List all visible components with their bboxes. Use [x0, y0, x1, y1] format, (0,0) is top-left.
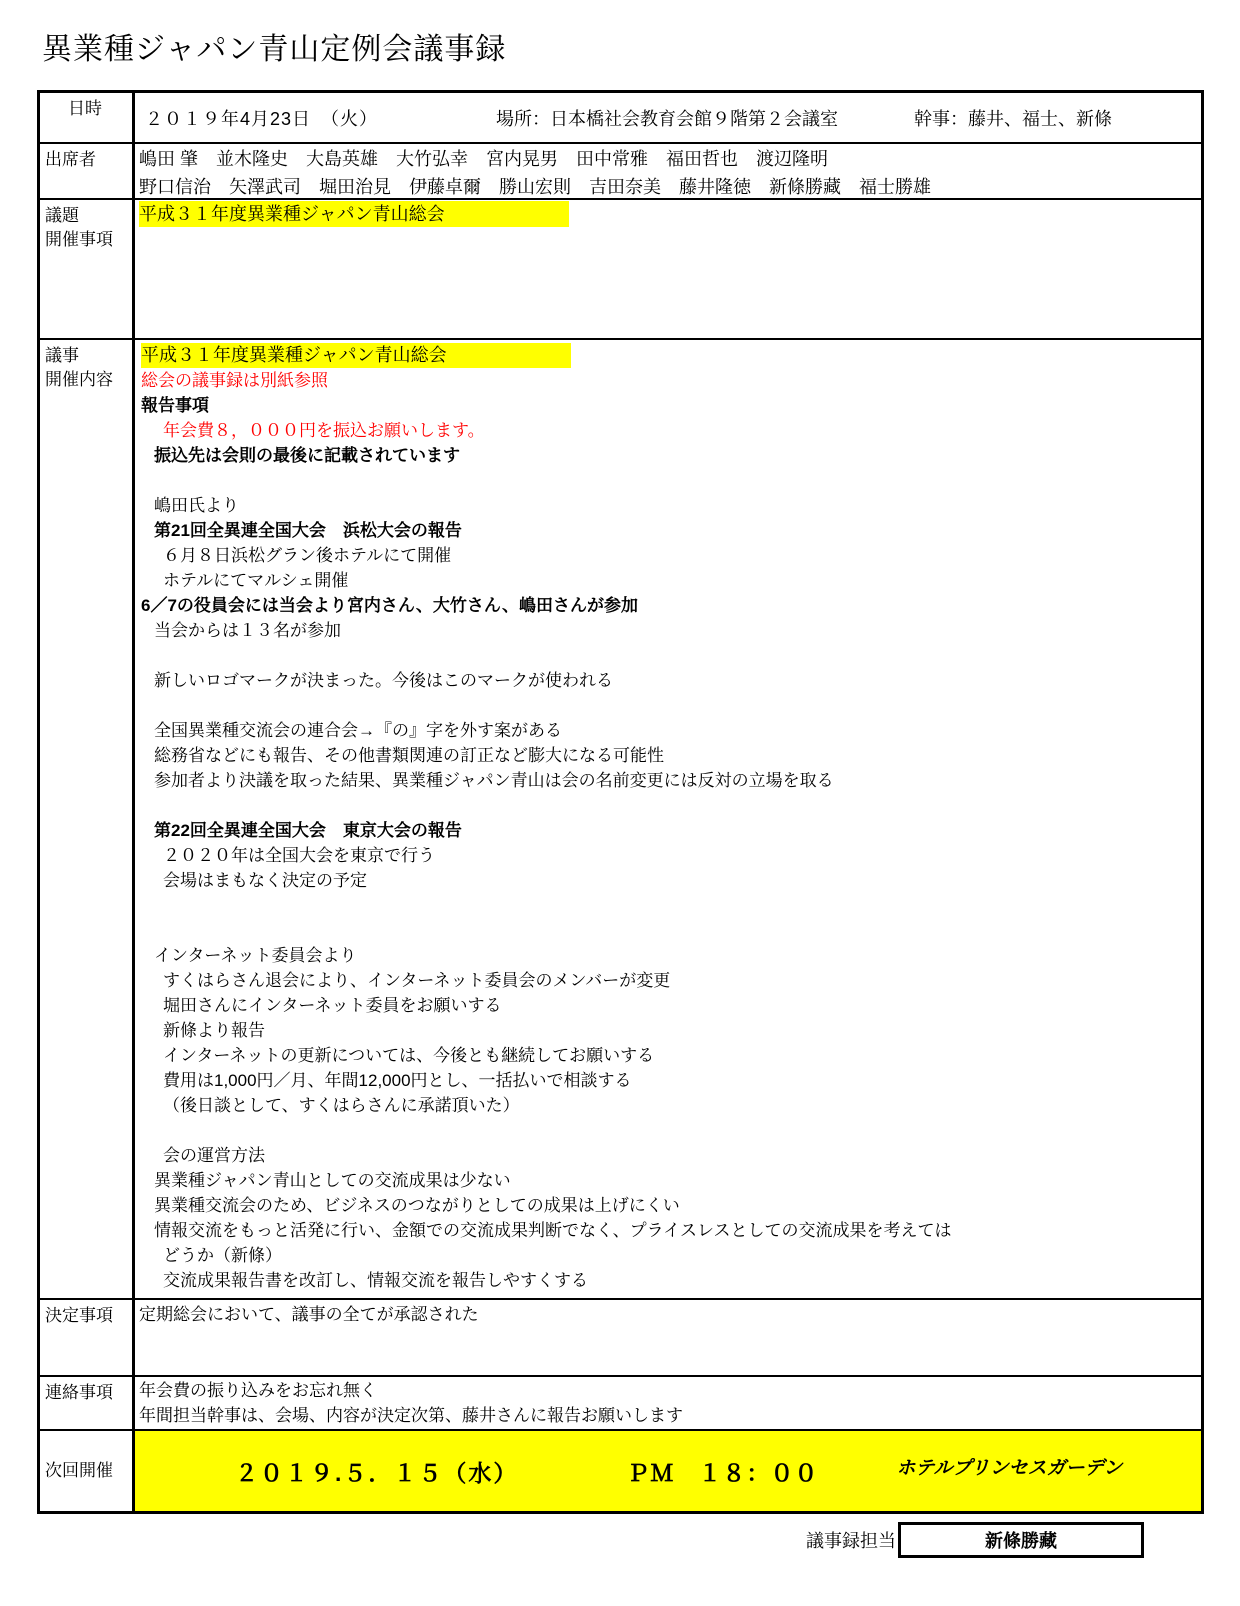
minutes-line: 6／7の役員会には当会より宮内さん、大竹さん、嶋田さんが参加 [139, 593, 1201, 618]
row-next-meeting: 次回開催 ２０１９.５．１５（水） ＰＭ １８：００ ホテルプリンセスガーデン [40, 1429, 1201, 1511]
minutes-line [139, 793, 1201, 818]
minutes-line [139, 643, 1201, 668]
minutes-line [139, 1118, 1201, 1143]
notice-line-2: 年間担当幹事は、会場、内容が決定次第、藤井さんに報告お願いします [139, 1403, 1201, 1428]
recorder-label: 議事録担当 [806, 1527, 896, 1553]
meeting-organizers: 幹事：藤井、福士、新條 [914, 105, 1112, 131]
minutes-label: 議事 開催内容 [40, 340, 135, 1298]
notices-label: 連絡事項 [40, 1377, 135, 1429]
minutes-line: 当会からは１３名が参加 [139, 618, 1201, 643]
minutes-line: 新條より報告 [139, 1018, 1201, 1043]
minutes-line: 振込先は会則の最後に記載されています [139, 443, 1201, 468]
meeting-minutes-document: 異業種ジャパン青山定例会議事録 日時 ２０１９年4月23日 （火） 場所：日本橋… [0, 0, 1240, 1606]
attendees-content: 嶋田 肇 並木隆史 大島英雄 大竹弘幸 宮内晃男 田中常雅 福田哲也 渡辺隆明 … [135, 144, 1201, 198]
decisions-label: 決定事項 [40, 1300, 135, 1375]
minutes-line: 報告事項 [139, 393, 1201, 418]
minutes-line: 総務省などにも報告、その他書類関連の訂正など膨大になる可能性 [139, 743, 1201, 768]
meeting-date: ２０１９年4月23日 （火） [145, 105, 378, 131]
minutes-line: 第21回全異連全国大会 浜松大会の報告 [139, 518, 1201, 543]
minutes-line: 新しいロゴマークが決まった。今後はこのマークが使われる [139, 668, 1201, 693]
next-meeting-venue: ホテルプリンセスガーデン [896, 1453, 1122, 1480]
minutes-line: （後日談として、すくはらさんに承諾頂いた） [139, 1093, 1201, 1118]
minutes-line: 交流成果報告書を改訂し、情報交流を報告しやすくする [139, 1268, 1201, 1293]
minutes-table: 日時 ２０１９年4月23日 （火） 場所：日本橋社会教育会館９階第２会議室 幹事… [37, 90, 1204, 1514]
row-notices: 連絡事項 年会費の振り込みをお忘れ無く 年間担当幹事は、会場、内容が決定次第、藤… [40, 1375, 1201, 1429]
minutes-line [139, 893, 1201, 918]
minutes-line: 総会の議事録は別紙参照 [139, 368, 1201, 393]
agenda-label: 議題 開催事項 [40, 200, 135, 338]
notices-content: 年会費の振り込みをお忘れ無く 年間担当幹事は、会場、内容が決定次第、藤井さんに報… [135, 1377, 1201, 1429]
minutes-line: 異業種交流会のため、ビジネスのつながりとしての成果は上げにくい [139, 1193, 1201, 1218]
page-title: 異業種ジャパン青山定例会議事録 [42, 24, 506, 68]
minutes-line: 異業種ジャパン青山としての交流成果は少ない [139, 1168, 1201, 1193]
minutes-line: 年会費８，０００円を振込お願いします。 [139, 418, 1201, 443]
minutes-line: ６月８日浜松グラン後ホテルにて開催 [139, 543, 1201, 568]
minutes-line [139, 693, 1201, 718]
next-meeting-content: ２０１９.５．１５（水） ＰＭ １８：００ ホテルプリンセスガーデン [135, 1431, 1201, 1511]
notice-line-1: 年会費の振り込みをお忘れ無く [139, 1377, 1201, 1403]
datetime-label: 日時 [40, 93, 135, 142]
datetime-content: ２０１９年4月23日 （火） 場所：日本橋社会教育会館９階第２会議室 幹事：藤井… [135, 93, 1201, 142]
minutes-line: 平成３１年度異業種ジャパン青山総会 [139, 343, 1201, 368]
minutes-line [139, 918, 1201, 943]
next-meeting-label: 次回開催 [40, 1431, 135, 1511]
minutes-line: 会の運営方法 [139, 1143, 1201, 1168]
agenda-highlighted-title: 平成３１年度異業種ジャパン青山総会 [139, 201, 569, 227]
minutes-line: 参加者より決議を取った結果、異業種ジャパン青山は会の名前変更には反対の立場を取る [139, 768, 1201, 793]
next-meeting-time: ＰＭ １８：００ [626, 1455, 818, 1488]
decisions-content: 定期総会において、議事の全てが承認された [135, 1300, 1201, 1375]
minutes-line: インターネット委員会より [139, 943, 1201, 968]
row-agenda: 議題 開催事項 平成３１年度異業種ジャパン青山総会 [40, 198, 1201, 338]
row-minutes: 議事 開催内容 平成３１年度異業種ジャパン青山総会総会の議事録は別紙参照報告事項… [40, 338, 1201, 1298]
attendees-line-2: 野口信治 矢澤武司 堀田治見 伊藤卓爾 勝山宏則 吉田奈美 藤井隆徳 新條勝藏 … [139, 172, 1201, 200]
attendees-line-1: 嶋田 肇 並木隆史 大島英雄 大竹弘幸 宮内晃男 田中常雅 福田哲也 渡辺隆明 [139, 144, 1201, 172]
minutes-line: ２０２０年は全国大会を東京で行う [139, 843, 1201, 868]
minutes-line: 堀田さんにインターネット委員をお願いする [139, 993, 1201, 1018]
minutes-line: 情報交流をもっと活発に行い、金額での交流成果判断でなく、プライスレスとしての交流… [139, 1218, 1201, 1243]
recorder-name: 新條勝藏 [985, 1527, 1057, 1553]
minutes-content: 平成３１年度異業種ジャパン青山総会総会の議事録は別紙参照報告事項年会費８，０００… [135, 340, 1201, 1298]
next-meeting-date: ２０１９.５．１５（水） [235, 1455, 518, 1488]
row-datetime: 日時 ２０１９年4月23日 （火） 場所：日本橋社会教育会館９階第２会議室 幹事… [40, 93, 1201, 142]
recorder-name-box: 新條勝藏 [898, 1522, 1144, 1558]
decision-text: 定期総会において、議事の全てが承認された [139, 1300, 1201, 1327]
minutes-line: どうか（新條） [139, 1243, 1201, 1268]
minutes-line: 嶋田氏より [139, 493, 1201, 518]
minutes-line: 全国異業種交流会の連合会→『の』字を外す案がある [139, 718, 1201, 743]
minutes-line: インターネットの更新については、今後とも継続してお願いする [139, 1043, 1201, 1068]
row-decisions: 決定事項 定期総会において、議事の全てが承認された [40, 1298, 1201, 1375]
minutes-line: 費用は1,000円／月、年間12,000円とし、一括払いで相談する [139, 1068, 1201, 1093]
meeting-place: 場所：日本橋社会教育会館９階第２会議室 [496, 105, 838, 131]
minutes-line: 会場はまもなく決定の予定 [139, 868, 1201, 893]
agenda-content: 平成３１年度異業種ジャパン青山総会 [135, 200, 1201, 338]
minutes-line: 第22回全異連全国大会 東京大会の報告 [139, 818, 1201, 843]
minutes-line: すくはらさん退会により、インターネット委員会のメンバーが変更 [139, 968, 1201, 993]
minutes-line [139, 468, 1201, 493]
footer: 議事録担当 新條勝藏 [806, 1522, 1144, 1558]
attendees-label: 出席者 [40, 144, 135, 198]
row-attendees: 出席者 嶋田 肇 並木隆史 大島英雄 大竹弘幸 宮内晃男 田中常雅 福田哲也 渡… [40, 142, 1201, 198]
minutes-line: ホテルにてマルシェ開催 [139, 568, 1201, 593]
minutes-lines: 平成３１年度異業種ジャパン青山総会総会の議事録は別紙参照報告事項年会費８，０００… [139, 340, 1201, 1293]
